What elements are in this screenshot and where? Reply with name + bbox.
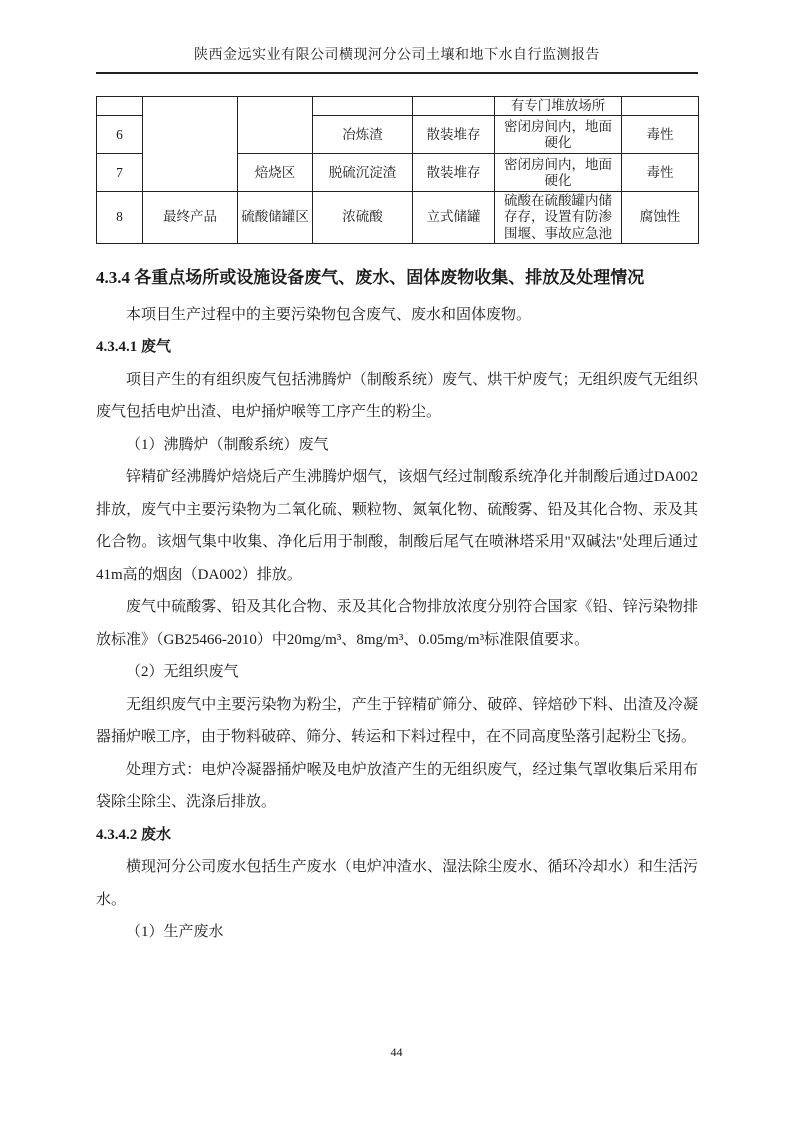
para-boiling-furnace-detail: 锌精矿经沸腾炉焙烧后产生沸腾炉烟气，该烟气经过制酸系统净化并制酸后通过DA002… [96, 461, 698, 591]
table-row-continuation: 有专门堆放场所 [97, 97, 699, 116]
para-fugitive-gas-detail: 无组织废气中主要污染物为粉尘，产生于锌精矿筛分、破碎、锌焙砂下料、出渣及冷凝器捅… [96, 689, 698, 754]
cell-item: 脱硫沉淀渣 [313, 154, 413, 192]
cell-no: 8 [97, 192, 143, 244]
cell-category: 最终产品 [143, 192, 238, 244]
cell-no-cont [97, 97, 143, 116]
section-heading-4-3-4: 4.3.4 各重点场所或设施设备废气、废水、固体废物收集、排放及处理情况 [96, 257, 698, 299]
page-content: 陕西金远实业有限公司横现河分公司土壤和地下水自行监测报告 有专 [96, 0, 698, 949]
para-item-2-fugitive-gas: （2）无组织废气 [96, 656, 698, 689]
cell-measure: 密闭房间内，地面硬化 [495, 116, 622, 154]
cell-attr: 毒性 [622, 154, 699, 192]
document-page: 陕西金远实业有限公司横现河分公司土壤和地下水自行监测报告 有专 [0, 0, 793, 1122]
cell-category-merged [143, 97, 238, 192]
para-pollutants-intro: 本项目生产过程中的主要污染物包含废气、废水和固体废物。 [96, 299, 698, 332]
cell-no: 6 [97, 116, 143, 154]
cell-storage: 立式储罐 [413, 192, 495, 244]
cell-attr: 毒性 [622, 116, 699, 154]
cell-no: 7 [97, 154, 143, 192]
cell-measure: 硫酸在硫酸罐内储存存，设置有防渗围堰、事故应急池 [495, 192, 622, 244]
waste-storage-table: 有专门堆放场所 6 冶炼渣 散装堆存 密闭房间内，地面硬化 毒性 7 焙烧区 脱… [96, 96, 699, 244]
cell-storage-cont [413, 97, 495, 116]
page-number: 44 [0, 1045, 793, 1060]
document-body: 4.3.4 各重点场所或设施设备废气、废水、固体废物收集、排放及处理情况 本项目… [96, 257, 698, 949]
cell-storage: 散装堆存 [413, 116, 495, 154]
cell-area-merged [238, 97, 313, 154]
report-title: 陕西金远实业有限公司横现河分公司土壤和地下水自行监测报告 [96, 46, 698, 66]
para-item-1-boiling-furnace: （1）沸腾炉（制酸系统）废气 [96, 429, 698, 462]
para-treatment-method: 处理方式：电炉冷凝器捅炉喉及电炉放渣产生的无组织废气，经过集气罩收集后采用布袋除… [96, 754, 698, 819]
cell-area: 焙烧区 [238, 154, 313, 192]
cell-storage: 散装堆存 [413, 154, 495, 192]
subsection-heading-4-3-4-2: 4.3.4.2 废水 [96, 819, 698, 852]
cell-measure: 密闭房间内，地面硬化 [495, 154, 622, 192]
para-emission-standards: 废气中硫酸雾、铅及其化合物、汞及其化合物排放浓度分别符合国家《铅、锌污染物排放标… [96, 591, 698, 656]
cell-item: 浓硫酸 [313, 192, 413, 244]
cell-attr-cont [622, 97, 699, 116]
cell-attr: 腐蚀性 [622, 192, 699, 244]
para-item-1-production-water: （1）生产废水 [96, 916, 698, 949]
subsection-heading-4-3-4-1: 4.3.4.1 废气 [96, 331, 698, 364]
table-row-8: 8 最终产品 硫酸储罐区 浓硫酸 立式储罐 硫酸在硫酸罐内储存存，设置有防渗围堰… [97, 192, 699, 244]
cell-area: 硫酸储罐区 [238, 192, 313, 244]
page-header: 陕西金远实业有限公司横现河分公司土壤和地下水自行监测报告 [96, 46, 698, 74]
cell-item: 冶炼渣 [313, 116, 413, 154]
cell-item-cont [313, 97, 413, 116]
para-wastewater-overview: 横现河分公司废水包括生产废水（电炉冲渣水、湿法除尘废水、循环冷却水）和生活污水。 [96, 851, 698, 916]
para-waste-gas-overview: 项目产生的有组织废气包括沸腾炉（制酸系统）废气、烘干炉废气；无组织废气无组织废气… [96, 364, 698, 429]
cell-measure-cont: 有专门堆放场所 [495, 97, 622, 116]
